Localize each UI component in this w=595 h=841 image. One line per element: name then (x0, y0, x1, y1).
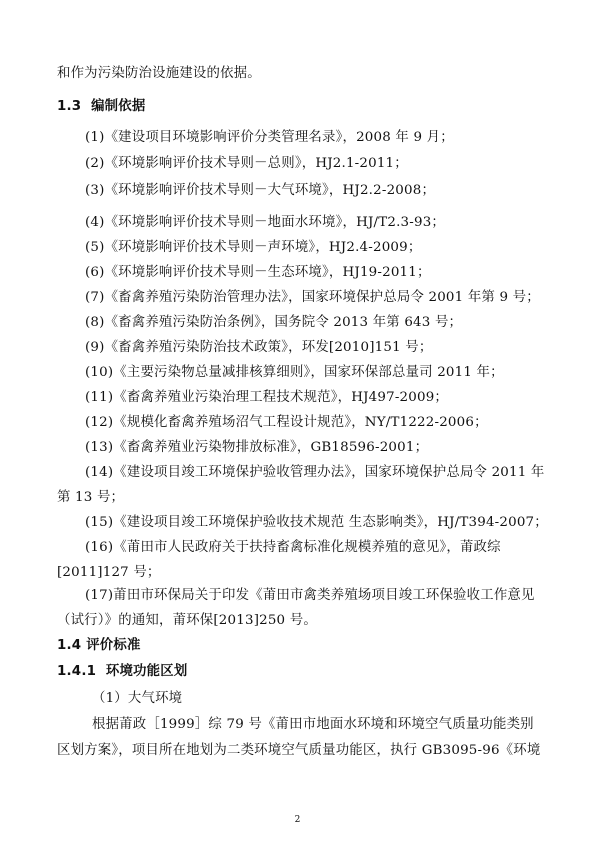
reference-item: (1)《建设项目环境影响评价分类管理名录》，2008 年 9 月； (85, 129, 539, 147)
reference-item: (6)《环境影响评价技术导则－生态环境》，HJ19-2011； (85, 264, 539, 282)
reference-item-continuation: 第 13 号； (57, 489, 539, 507)
reference-item: (10)《主要污染物总量减排核算细则》，国家环保部总量司 2011 年； (85, 364, 539, 382)
reference-item: (3)《环境影响评价技术导则－大气环境》，HJ2.2-2008； (85, 182, 539, 200)
reference-item-continuation: （试行）》的通知，莆环保[2013]250 号。 (57, 612, 539, 630)
reference-item: (8)《畜禽养殖污染防治条例》，国务院令 2013 年第 643 号； (85, 314, 539, 332)
reference-item: (14)《建设项目竣工环境保护验收管理办法》，国家环境保护总局令 2011 年 (85, 464, 539, 482)
section-title: 环境功能区划 (106, 664, 188, 679)
section-heading-1-3: 1.3 编制依据 (57, 98, 539, 116)
reference-item: (2)《环境影响评价技术导则－总则》，HJ2.1-2011； (85, 155, 539, 173)
reference-item-continuation: [2011]127 号； (57, 564, 539, 582)
reference-item: (4)《环境影响评价技术导则－地面水环境》，HJ/T2.3-93； (85, 214, 539, 232)
section-heading-1-4: 1.4 评价标准 (57, 637, 539, 655)
body-paragraph-line: 根据莆政［1999］综 79 号《莆田市地面水环境和环境空气质量功能类别 (92, 716, 539, 734)
paragraph-tail: 和作为污染防治设施建设的依据。 (57, 65, 539, 83)
sub-item-heading: （1）大气环境 (92, 690, 574, 708)
section-title: 编制依据 (91, 99, 145, 114)
reference-item: (11)《畜禽养殖业污染治理工程技术规范》，HJ497-2009； (85, 389, 539, 407)
section-title: 评价标准 (86, 638, 140, 653)
reference-item: (17)莆田市环保局关于印发《莆田市禽类养殖场项目竣工环保验收工作意见 (85, 587, 539, 605)
reference-item: (5)《环境影响评价技术导则－声环境》，HJ2.4-2009； (85, 239, 539, 257)
reference-item: (7)《畜禽养殖污染防治管理办法》，国家环境保护总局令 2001 年第 9 号； (85, 289, 539, 307)
section-number: 1.4.1 (57, 664, 96, 679)
reference-item: (16)《莆田市人民政府关于扶持畜禽标准化规模养殖的意见》，莆政综 (85, 539, 539, 557)
section-heading-1-4-1: 1.4.1 环境功能区划 (57, 663, 539, 681)
reference-item: (15)《建设项目竣工环境保护验收技术规范 生态影响类》，HJ/T394-200… (85, 514, 539, 532)
section-number: 1.4 (57, 638, 81, 653)
body-paragraph-line: 区划方案》，项目所在地划为二类环境空气质量功能区，执行 GB3095-96《环境 (57, 742, 539, 760)
page-number: 2 (0, 815, 595, 825)
reference-item: (13)《畜禽养殖业污染物排放标准》，GB18596-2001； (85, 439, 539, 457)
reference-item: (12)《规模化畜禽养殖场沼气工程设计规范》，NY/T1222-2006； (85, 414, 539, 432)
section-number: 1.3 (57, 99, 81, 114)
reference-item: (9)《畜禽养殖污染防治技术政策》，环发[2010]151 号； (85, 339, 539, 357)
